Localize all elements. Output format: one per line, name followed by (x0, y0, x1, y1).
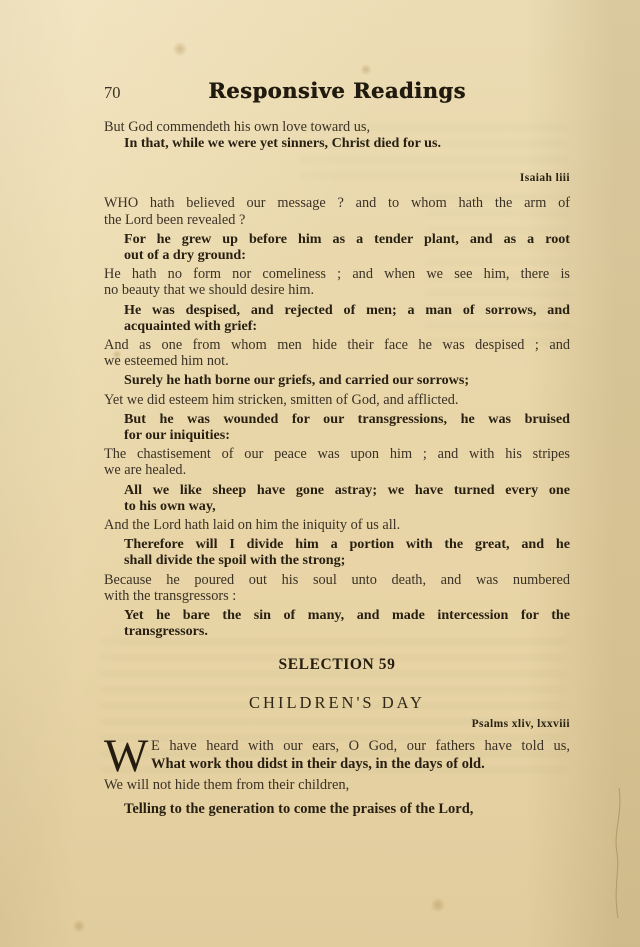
verse-paragraph: All we like sheep have gone astray; we h… (104, 482, 570, 514)
verse-line: E have heard with our ears, O God, our f… (104, 737, 570, 755)
verse-line: Because he poured out his soul unto deat… (104, 572, 570, 588)
book-page-scan: 70 Responsive Readings But God commendet… (0, 0, 640, 947)
page-content: 70 Responsive Readings But God commendet… (104, 0, 570, 818)
scripture-reference-isaiah: Isaiah liii (104, 172, 570, 184)
verse-paragraph: Yet he bare the sin of many, and made in… (104, 607, 570, 639)
verse-line: no beauty that we should desire him. (104, 282, 570, 298)
verse-paragraph: For he grew up before him as a tender pl… (104, 231, 570, 263)
verse-line: And the Lord hath laid on him the iniqui… (104, 517, 570, 533)
verse-line: we are healed. (104, 462, 570, 478)
verse-line-response: Therefore will I divide him a portion wi… (104, 536, 570, 552)
verse-paragraph: Yet we did esteem him stricken, smitten … (104, 392, 570, 408)
verse-line: The chastisement of our peace was upon h… (104, 446, 570, 462)
verse-line-response: shall divide the spoil with the strong; (104, 552, 570, 568)
verse-line-response: What work thou didst in their days, in t… (104, 755, 570, 773)
drop-cap: W (104, 737, 151, 772)
verse-line-response: Yet he bare the sin of many, and made in… (104, 607, 570, 623)
verse-line-response: transgressors. (104, 623, 570, 639)
page-stain (72, 920, 86, 932)
selection-opening-verses: W E have heard with our ears, O God, our… (104, 737, 570, 818)
verse-paragraph: Surely he hath borne our griefs, and car… (104, 372, 570, 388)
page-stain (430, 898, 446, 912)
page-crease (605, 788, 629, 918)
verse-line-response: out of a dry ground: (104, 247, 570, 263)
verse-paragraph: And as one from whom men hide their face… (104, 337, 570, 369)
isaiah-reading: WHO hath believed our message ? and to w… (104, 195, 570, 639)
verse-paragraph: And the Lord hath laid on him the iniqui… (104, 517, 570, 533)
verse-line: And as one from whom men hide their face… (104, 337, 570, 353)
verse-paragraph: He was despised, and rejected of men; a … (104, 302, 570, 334)
prelude-verse: But God commendeth his own love toward u… (104, 119, 570, 151)
selection-title: CHILDREN'S DAY (104, 693, 570, 713)
verse-line: He hath no form nor comeliness ; and whe… (104, 266, 570, 282)
verse-line: the Lord been revealed ? (104, 212, 570, 228)
verse-line: But God commendeth his own love toward u… (104, 119, 570, 135)
verse-line-response: acquainted with grief: (104, 318, 570, 334)
verse-line-response: He was despised, and rejected of men; a … (104, 302, 570, 318)
verse-line-response: But he was wounded for our transgression… (104, 411, 570, 427)
verse-line-response: Surely he hath borne our griefs, and car… (104, 372, 570, 388)
page-header: 70 Responsive Readings (104, 78, 570, 102)
verse-line-response: For he grew up before him as a tender pl… (104, 231, 570, 247)
page-number: 70 (104, 83, 174, 103)
verse-line-response: to his own way, (104, 498, 570, 514)
verse-line: We will not hide them from their childre… (104, 776, 570, 794)
verse-line: we esteemed him not. (104, 353, 570, 369)
verse-paragraph: Therefore will I divide him a portion wi… (104, 536, 570, 568)
verse-line-response: In that, while we were yet sinners, Chri… (104, 135, 570, 151)
verse-line: Yet we did esteem him stricken, smitten … (104, 392, 570, 408)
verse-line-response: All we like sheep have gone astray; we h… (104, 482, 570, 498)
verse-paragraph: Because he poured out his soul unto deat… (104, 572, 570, 604)
selection-heading: SELECTION 59 (104, 656, 570, 674)
verse-line-response: Telling to the generation to come the pr… (104, 800, 570, 818)
verse-paragraph: The chastisement of our peace was upon h… (104, 446, 570, 478)
verse-line: with the transgressors : (104, 588, 570, 604)
verse-line-response: for our iniquities: (104, 427, 570, 443)
running-head-title: Responsive Readings (174, 78, 500, 103)
verse-paragraph: WHO hath believed our message ? and to w… (104, 195, 570, 227)
verse-paragraph: But he was wounded for our transgression… (104, 411, 570, 443)
verse-paragraph: He hath no form nor comeliness ; and whe… (104, 266, 570, 298)
verse-line: WHO hath believed our message ? and to w… (104, 195, 570, 211)
scripture-reference-psalms: Psalms xliv, lxxviii (104, 718, 570, 730)
